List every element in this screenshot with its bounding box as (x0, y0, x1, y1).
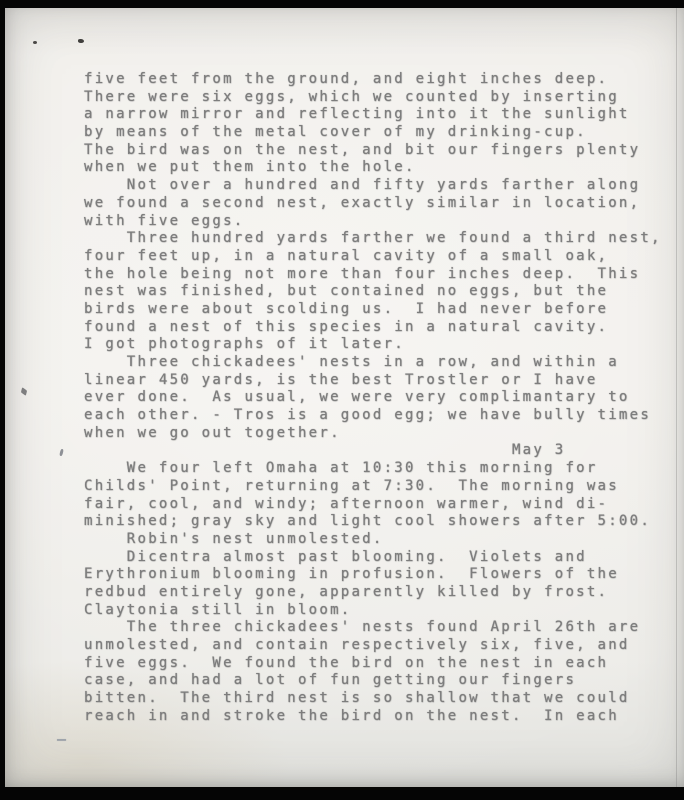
text-line: I got photographs of it later. (84, 336, 674, 354)
text-line: we found a second nest, exactly similar … (84, 195, 674, 213)
text-line: the hole being not more than four inches… (84, 266, 674, 284)
text-line: ever done. As usual, we were very compli… (84, 389, 674, 407)
text-line: Three chickadees' nests in a row, and wi… (84, 354, 674, 372)
journal-page: five feet from the ground, and eight inc… (5, 8, 684, 787)
text-line: when we put them into the hole. (84, 159, 674, 177)
text-line: May 3 (84, 442, 674, 460)
text-line: nest was finished, but contained no eggs… (84, 283, 674, 301)
text-line: five feet from the ground, and eight inc… (84, 71, 674, 89)
text-line: Not over a hundred and fifty yards farth… (84, 177, 674, 195)
text-line: birds were about scolding us. I had neve… (84, 301, 674, 319)
text-line: We four left Omaha at 10:30 this morning… (84, 460, 674, 478)
text-line: Robin's nest unmolested. (84, 531, 674, 549)
text-line: a narrow mirror and reflecting into it t… (84, 106, 674, 124)
text-line: reach in and stroke the bird on the nest… (84, 708, 674, 726)
text-line: The three chickadees' nests found April … (84, 619, 674, 637)
ink-speck (59, 449, 64, 457)
text-line: each other. - Tros is a good egg; we hav… (84, 407, 674, 425)
text-line: redbud entirely gone, apparently killed … (84, 584, 674, 602)
text-line: fair, cool, and windy; afternoon warmer,… (84, 496, 674, 514)
text-line: case, and had a lot of fun getting our f… (84, 672, 674, 690)
scanned-page-background: five feet from the ground, and eight inc… (0, 0, 684, 800)
text-line: Dicentra almost past blooming. Violets a… (84, 549, 674, 567)
text-line: by means of the metal cover of my drinki… (84, 124, 674, 142)
text-line: five eggs. We found the bird on the nest… (84, 655, 674, 673)
pencil-dash-mark: — (57, 730, 67, 748)
text-line: Claytonia still in bloom. (84, 602, 674, 620)
text-line: Erythronium blooming in profusion. Flowe… (84, 566, 674, 584)
text-line: There were six eggs, which we counted by… (84, 89, 674, 107)
typewritten-text: five feet from the ground, and eight inc… (84, 71, 674, 725)
ink-speck (21, 387, 27, 396)
text-line: found a nest of this species in a natura… (84, 319, 674, 337)
text-line: bitten. The third nest is so shallow tha… (84, 690, 674, 708)
text-line: minished; gray sky and light cool shower… (84, 513, 674, 531)
text-line: The bird was on the nest, and bit our fi… (84, 142, 674, 160)
text-line: unmolested, and contain respectively six… (84, 637, 674, 655)
text-line: linear 450 yards, is the best Trostler o… (84, 372, 674, 390)
text-line: with five eggs. (84, 213, 674, 231)
paper-edge-line (676, 8, 677, 787)
text-line: Childs' Point, returning at 7:30. The mo… (84, 478, 674, 496)
ink-speck (33, 41, 37, 44)
text-line: four feet up, in a natural cavity of a s… (84, 248, 674, 266)
ink-speck (78, 39, 84, 43)
text-line: Three hundred yards farther we found a t… (84, 230, 674, 248)
text-line: when we go out together. (84, 425, 674, 443)
